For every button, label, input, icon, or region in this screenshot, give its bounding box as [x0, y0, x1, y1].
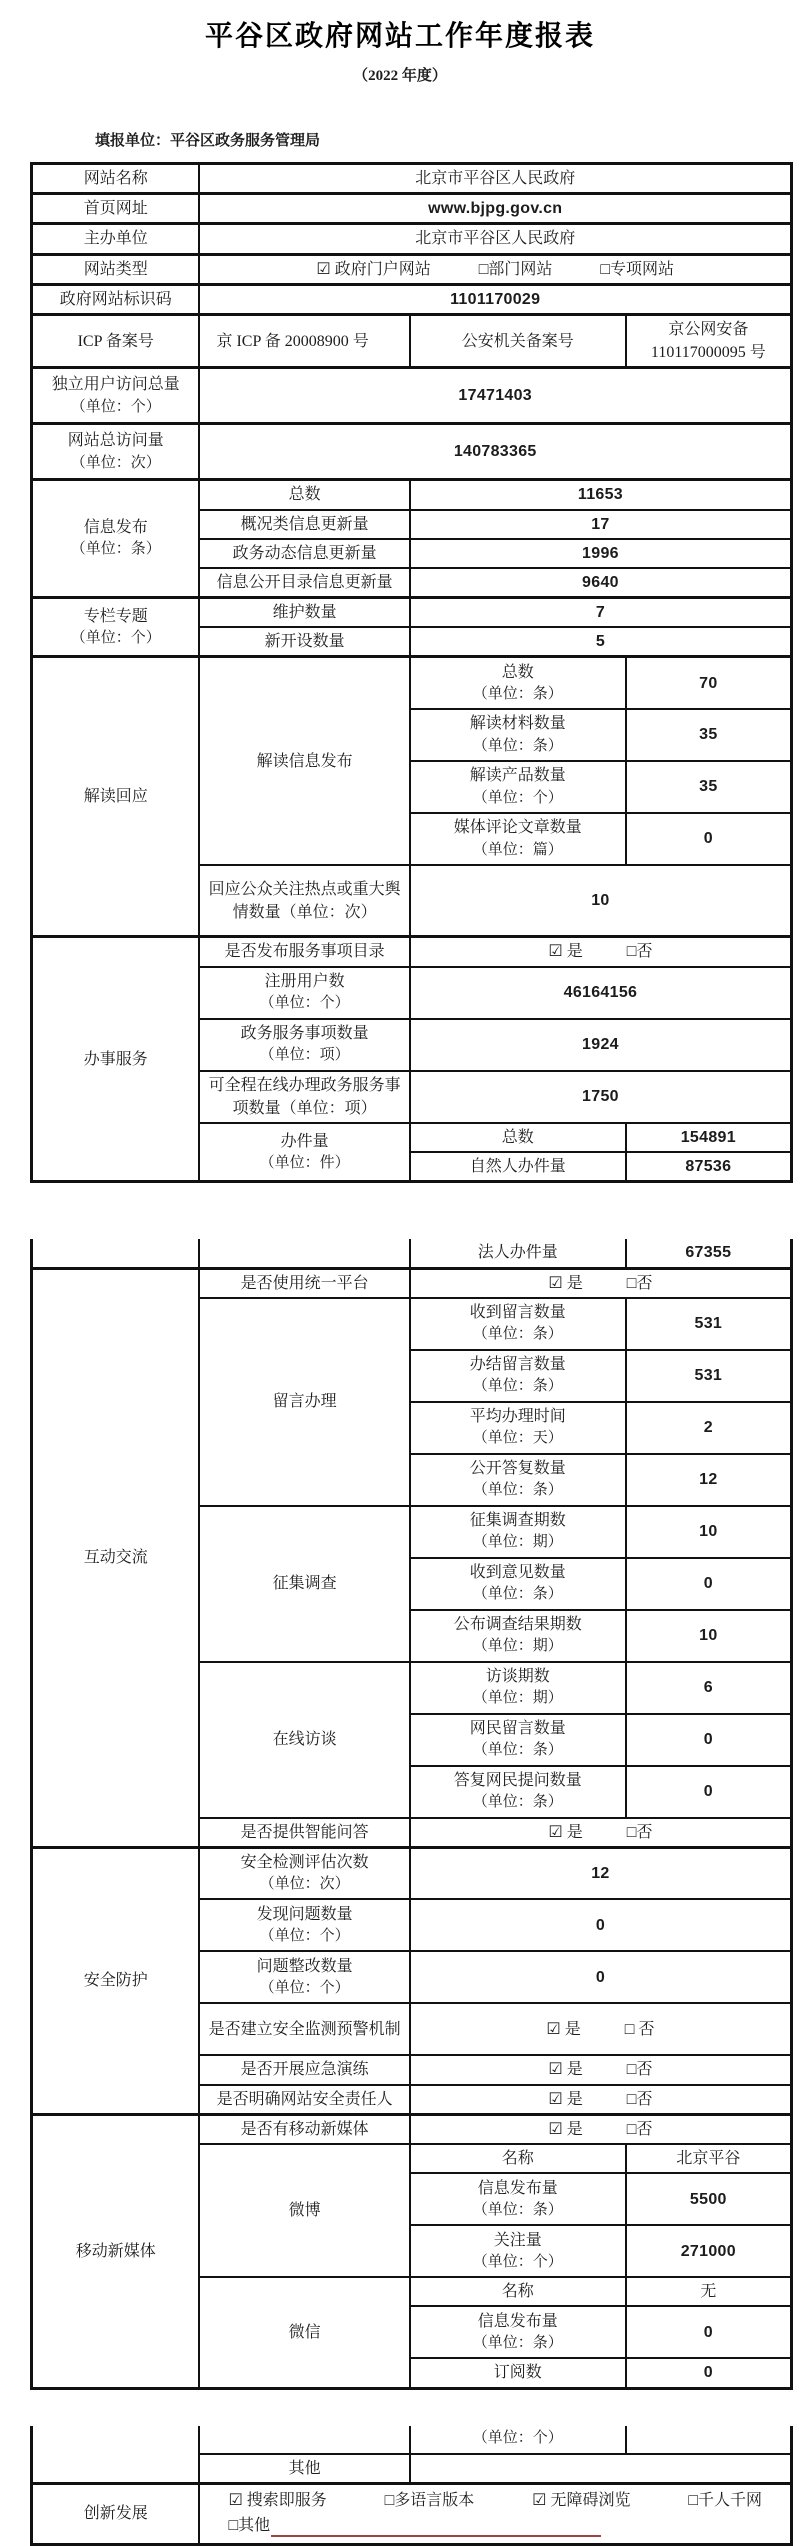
checkbox-no: □否 [627, 940, 653, 963]
report-table-page1: 网站名称 北京市平谷区人民政府 首页网址 www.bjpg.gov.cn 主办单… [30, 162, 793, 1183]
table-row: 互动交流 是否使用统一平台 ☑ 是 □否 [32, 1268, 792, 1298]
info-overview-value: 17 [410, 510, 792, 539]
msg-done-label: 办结留言数量 （单位：条） [410, 1350, 626, 1402]
info-overview-label: 概况类信息更新量 [199, 510, 409, 539]
reporting-unit: 填报单位：平谷区政务服务管理局 [95, 129, 800, 150]
wechat-sub-value: 0 [626, 2358, 792, 2388]
cases-natural-value: 87536 [626, 1152, 792, 1182]
info-dynamic-label: 政务动态信息更新量 [199, 539, 409, 568]
security-drill-label: 是否开展应急演练 [199, 2055, 409, 2084]
checkbox-yes: ☑ 是 [548, 940, 582, 963]
table-row: 主办单位 北京市平谷区人民政府 [32, 224, 792, 254]
table-row: 独立用户访问总量 （单位：个） 17471403 [32, 368, 792, 424]
checkbox-yes: ☑ 是 [548, 2118, 582, 2141]
interview-num-value: 6 [626, 1662, 792, 1714]
checkbox-special-site: □专项网站 [600, 258, 674, 281]
security-drill-options: ☑ 是 □否 [410, 2055, 792, 2084]
info-total-label: 总数 [199, 480, 409, 510]
icp-label: ICP 备案号 [32, 314, 200, 367]
service-section-label: 办事服务 [32, 937, 200, 1182]
weibo-name-label: 名称 [410, 2144, 626, 2173]
interview-msg-label: 网民留言数量 （单位：条） [410, 1714, 626, 1766]
checkbox-portal-site: ☑ 政府门户网站 [316, 258, 430, 281]
report-table-page2: 法人办件量 67355 互动交流 是否使用统一平台 ☑ 是 □否 留言办理 收到… [30, 1239, 793, 2389]
mobile-media-section-label: 移动新媒体 [32, 2114, 200, 2388]
checkbox-yes: ☑ 是 [548, 1272, 582, 1295]
interp-total-value: 70 [626, 657, 792, 709]
organizer-value: 北京市平谷区人民政府 [199, 224, 791, 254]
table-row: 网站类型 ☑ 政府门户网站 □部门网站 □专项网站 [32, 254, 792, 284]
security-section-label: 安全防护 [32, 1847, 200, 2114]
msg-reply-value: 12 [626, 1454, 792, 1506]
empty-cell [32, 2426, 200, 2484]
organizer-label: 主办单位 [32, 224, 200, 254]
continued-unit-label: （单位：个） [410, 2426, 626, 2454]
table-row: 首页网址 www.bjpg.gov.cn [32, 194, 792, 224]
msg-received-label: 收到留言数量 （单位：条） [410, 1298, 626, 1350]
column-new-label: 新开设数量 [199, 627, 409, 657]
page-subtitle: （2022 年度） [0, 64, 800, 85]
site-name-label: 网站名称 [32, 164, 200, 194]
msg-done-value: 531 [626, 1350, 792, 1402]
msg-reply-label: 公开答复数量 （单位：条） [410, 1454, 626, 1506]
checkbox-personalized: □千人千网 [688, 2489, 762, 2512]
info-catalog-label: 信息公开目录信息更新量 [199, 568, 409, 598]
security-found-label: 发现问题数量 （单位：个） [199, 1899, 409, 1951]
survey-result-value: 10 [626, 1610, 792, 1662]
checkbox-no: □否 [627, 2088, 653, 2111]
empty-cell [626, 2426, 792, 2454]
interp-media-label: 媒体评论文章数量 （单位：篇） [410, 813, 626, 865]
checkbox-no: □否 [627, 2058, 653, 2081]
weibo-follow-value: 271000 [626, 2225, 792, 2277]
msg-received-value: 531 [626, 1298, 792, 1350]
wechat-pub-label: 信息发布量 （单位：条） [410, 2306, 626, 2358]
checkbox-no: □否 [627, 2118, 653, 2141]
msg-time-label: 平均办理时间 （单位：天） [410, 1402, 626, 1454]
unified-platform-options: ☑ 是 □否 [410, 1268, 792, 1298]
weibo-section-label: 微博 [199, 2144, 409, 2277]
interp-media-value: 0 [626, 813, 792, 865]
column-maintain-label: 维护数量 [199, 598, 409, 628]
table-row: 网站总访问量 （单位：次） 140783365 [32, 424, 792, 480]
survey-num-value: 10 [626, 1506, 792, 1558]
interpretation-publish-label: 解读信息发布 [199, 657, 409, 865]
site-name-value: 北京市平谷区人民政府 [199, 164, 791, 194]
registered-users-label: 注册用户数 （单位：个） [199, 967, 409, 1019]
security-warning-options: ☑ 是 □ 否 [410, 2003, 792, 2055]
interp-material-value: 35 [626, 709, 792, 761]
weibo-follow-label: 关注量 （单位：个） [410, 2225, 626, 2277]
interp-product-value: 35 [626, 761, 792, 813]
info-publish-section-label: 信息发布 （单位：条） [32, 480, 200, 598]
table-row: 创新发展 ☑ 搜索即服务 □多语言版本 ☑ 无障碍浏览 □千人千网 □其他 [32, 2483, 792, 2544]
service-catalog-label: 是否发布服务事项目录 [199, 937, 409, 967]
wechat-name-label: 名称 [410, 2277, 626, 2306]
cases-legal-label: 法人办件量 [410, 1239, 626, 1268]
service-catalog-options: ☑ 是 □否 [410, 937, 792, 967]
table-row: ICP 备案号 京 ICP 备 20008900 号 公安机关备案号 京公网安备… [32, 314, 792, 367]
online-items-label: 可全程在线办理政务服务事项数量（单位：项） [199, 1071, 409, 1123]
other-media-label: 其他 [199, 2454, 409, 2484]
unique-visitors-label: 独立用户访问总量 （单位：个） [32, 368, 200, 424]
checkbox-multilingual: □多语言版本 [385, 2489, 475, 2512]
security-check-label: 安全检测评估次数 （单位：次） [199, 1847, 409, 1899]
table-row: 法人办件量 67355 [32, 1239, 792, 1268]
service-items-label: 政务服务事项数量 （单位：项） [199, 1019, 409, 1071]
cases-natural-label: 自然人办件量 [410, 1152, 626, 1182]
innovation-section-label: 创新发展 [32, 2483, 200, 2544]
column-topic-section-label: 专栏专题 （单位：个） [32, 598, 200, 657]
table-row: 安全防护 安全检测评估次数 （单位：次） 12 [32, 1847, 792, 1899]
interp-product-label: 解读产品数量 （单位：个） [410, 761, 626, 813]
column-maintain-value: 7 [410, 598, 792, 628]
unified-platform-label: 是否使用统一平台 [199, 1268, 409, 1298]
home-url-label: 首页网址 [32, 194, 200, 224]
checkbox-yes: ☑ 是 [548, 2058, 582, 2081]
wechat-pub-value: 0 [626, 2306, 792, 2358]
wechat-sub-label: 订阅数 [410, 2358, 626, 2388]
site-code-label: 政府网站标识码 [32, 284, 200, 314]
cases-total-value: 154891 [626, 1123, 792, 1152]
table-row: 网站名称 北京市平谷区人民政府 [32, 164, 792, 194]
survey-num-label: 征集调查期数 （单位：期） [410, 1506, 626, 1558]
cases-legal-value: 67355 [626, 1239, 792, 1268]
has-mobile-label: 是否有移动新媒体 [199, 2114, 409, 2144]
total-visits-label: 网站总访问量 （单位：次） [32, 424, 200, 480]
registered-users-value: 46164156 [410, 967, 792, 1019]
report-document: 平谷区政府网站工作年度报表 （2022 年度） 填报单位：平谷区政务服务管理局 … [0, 14, 800, 2546]
msg-time-value: 2 [626, 1402, 792, 1454]
checkbox-other: □其他 [228, 2514, 270, 2537]
weibo-pub-value: 5500 [626, 2173, 792, 2225]
interview-msg-value: 0 [626, 1714, 792, 1766]
smart-qa-options: ☑ 是 □否 [410, 1818, 792, 1848]
interview-reply-value: 0 [626, 1766, 792, 1818]
checkbox-yes: ☑ 是 [548, 1821, 582, 1844]
table-row: 移动新媒体 是否有移动新媒体 ☑ 是 □否 [32, 2114, 792, 2144]
info-dynamic-value: 1996 [410, 539, 792, 568]
interview-section-label: 在线访谈 [199, 1662, 409, 1818]
checkbox-yes: ☑ 是 [546, 2018, 580, 2041]
table-row: 信息发布 （单位：条） 总数 11653 [32, 480, 792, 510]
checkbox-no: □否 [627, 1272, 653, 1295]
checkbox-yes: ☑ 是 [548, 2088, 582, 2111]
wechat-section-label: 微信 [199, 2277, 409, 2388]
empty-cell [32, 1239, 200, 1268]
security-fixed-value: 0 [410, 1951, 792, 2003]
police-record-label: 公安机关备案号 [410, 314, 626, 367]
wechat-name-value: 无 [626, 2277, 792, 2306]
interp-total-label: 总数 （单位：条） [410, 657, 626, 709]
info-total-value: 11653 [410, 480, 792, 510]
weibo-name-value: 北京平谷 [626, 2144, 792, 2173]
checkbox-department-site: □部门网站 [479, 258, 553, 281]
response-hotspot-label: 回应公众关注热点或重大舆情数量（单位：次） [199, 865, 409, 937]
survey-opinion-label: 收到意见数量 （单位：条） [410, 1558, 626, 1610]
unique-visitors-value: 17471403 [199, 368, 791, 424]
other-media-value [410, 2454, 792, 2484]
home-url-value: www.bjpg.gov.cn [199, 194, 791, 224]
total-visits-value: 140783365 [199, 424, 791, 480]
checkbox-search-service: ☑ 搜索即服务 [228, 2489, 326, 2512]
empty-cell [199, 2426, 409, 2454]
table-row: 专栏专题 （单位：个） 维护数量 7 [32, 598, 792, 628]
security-check-value: 12 [410, 1847, 792, 1899]
empty-cell [199, 1239, 409, 1268]
site-type-label: 网站类型 [32, 254, 200, 284]
table-row: 政府网站标识码 1101170029 [32, 284, 792, 314]
survey-result-label: 公布调查结果期数 （单位：期） [410, 1610, 626, 1662]
online-items-value: 1750 [410, 1071, 792, 1123]
weibo-pub-label: 信息发布量 （单位：条） [410, 2173, 626, 2225]
table-row: 办事服务 是否发布服务事项目录 ☑ 是 □否 [32, 937, 792, 967]
response-hotspot-value: 10 [410, 865, 792, 937]
column-new-value: 5 [410, 627, 792, 657]
table-row: 解读回应 解读信息发布 总数 （单位：条） 70 [32, 657, 792, 709]
interview-reply-label: 答复网民提问数量 （单位：条） [410, 1766, 626, 1818]
service-items-value: 1924 [410, 1019, 792, 1071]
site-code-value: 1101170029 [199, 284, 791, 314]
cases-total-label: 总数 [410, 1123, 626, 1152]
security-person-label: 是否明确网站安全责任人 [199, 2085, 409, 2115]
smart-qa-label: 是否提供智能问答 [199, 1818, 409, 1848]
table-row: （单位：个） [32, 2426, 792, 2454]
checkbox-no: □否 [627, 1821, 653, 1844]
icp-value: 京 ICP 备 20008900 号 [199, 314, 409, 367]
innovation-options: ☑ 搜索即服务 □多语言版本 ☑ 无障碍浏览 □千人千网 □其他 [199, 2483, 791, 2544]
interp-material-label: 解读材料数量 （单位：条） [410, 709, 626, 761]
interview-num-label: 访谈期数 （单位：期） [410, 1662, 626, 1714]
blank-underline [271, 2522, 601, 2537]
has-mobile-options: ☑ 是 □否 [410, 2114, 792, 2144]
survey-section-label: 征集调查 [199, 1506, 409, 1662]
report-table-page3: （单位：个） 其他 创新发展 ☑ 搜索即服务 □多语言版本 ☑ 无障碍浏览 □千… [30, 2426, 793, 2546]
info-catalog-value: 9640 [410, 568, 792, 598]
page-title: 平谷区政府网站工作年度报表 [0, 14, 800, 54]
interaction-section-label: 互动交流 [32, 1268, 200, 1847]
message-handling-label: 留言办理 [199, 1298, 409, 1506]
security-person-options: ☑ 是 □否 [410, 2085, 792, 2115]
cases-section-label: 办件量 （单位：件） [199, 1123, 409, 1182]
site-type-options: ☑ 政府门户网站 □部门网站 □专项网站 [199, 254, 791, 284]
checkbox-no: □ 否 [625, 2018, 655, 2041]
security-warning-label: 是否建立安全监测预警机制 [199, 2003, 409, 2055]
survey-opinion-value: 0 [626, 1558, 792, 1610]
security-found-value: 0 [410, 1899, 792, 1951]
interpretation-section-label: 解读回应 [32, 657, 200, 937]
police-record-value: 京公网安备 110117000095 号 [626, 314, 792, 367]
security-fixed-label: 问题整改数量 （单位：个） [199, 1951, 409, 2003]
checkbox-accessibility: ☑ 无障碍浏览 [532, 2489, 630, 2512]
